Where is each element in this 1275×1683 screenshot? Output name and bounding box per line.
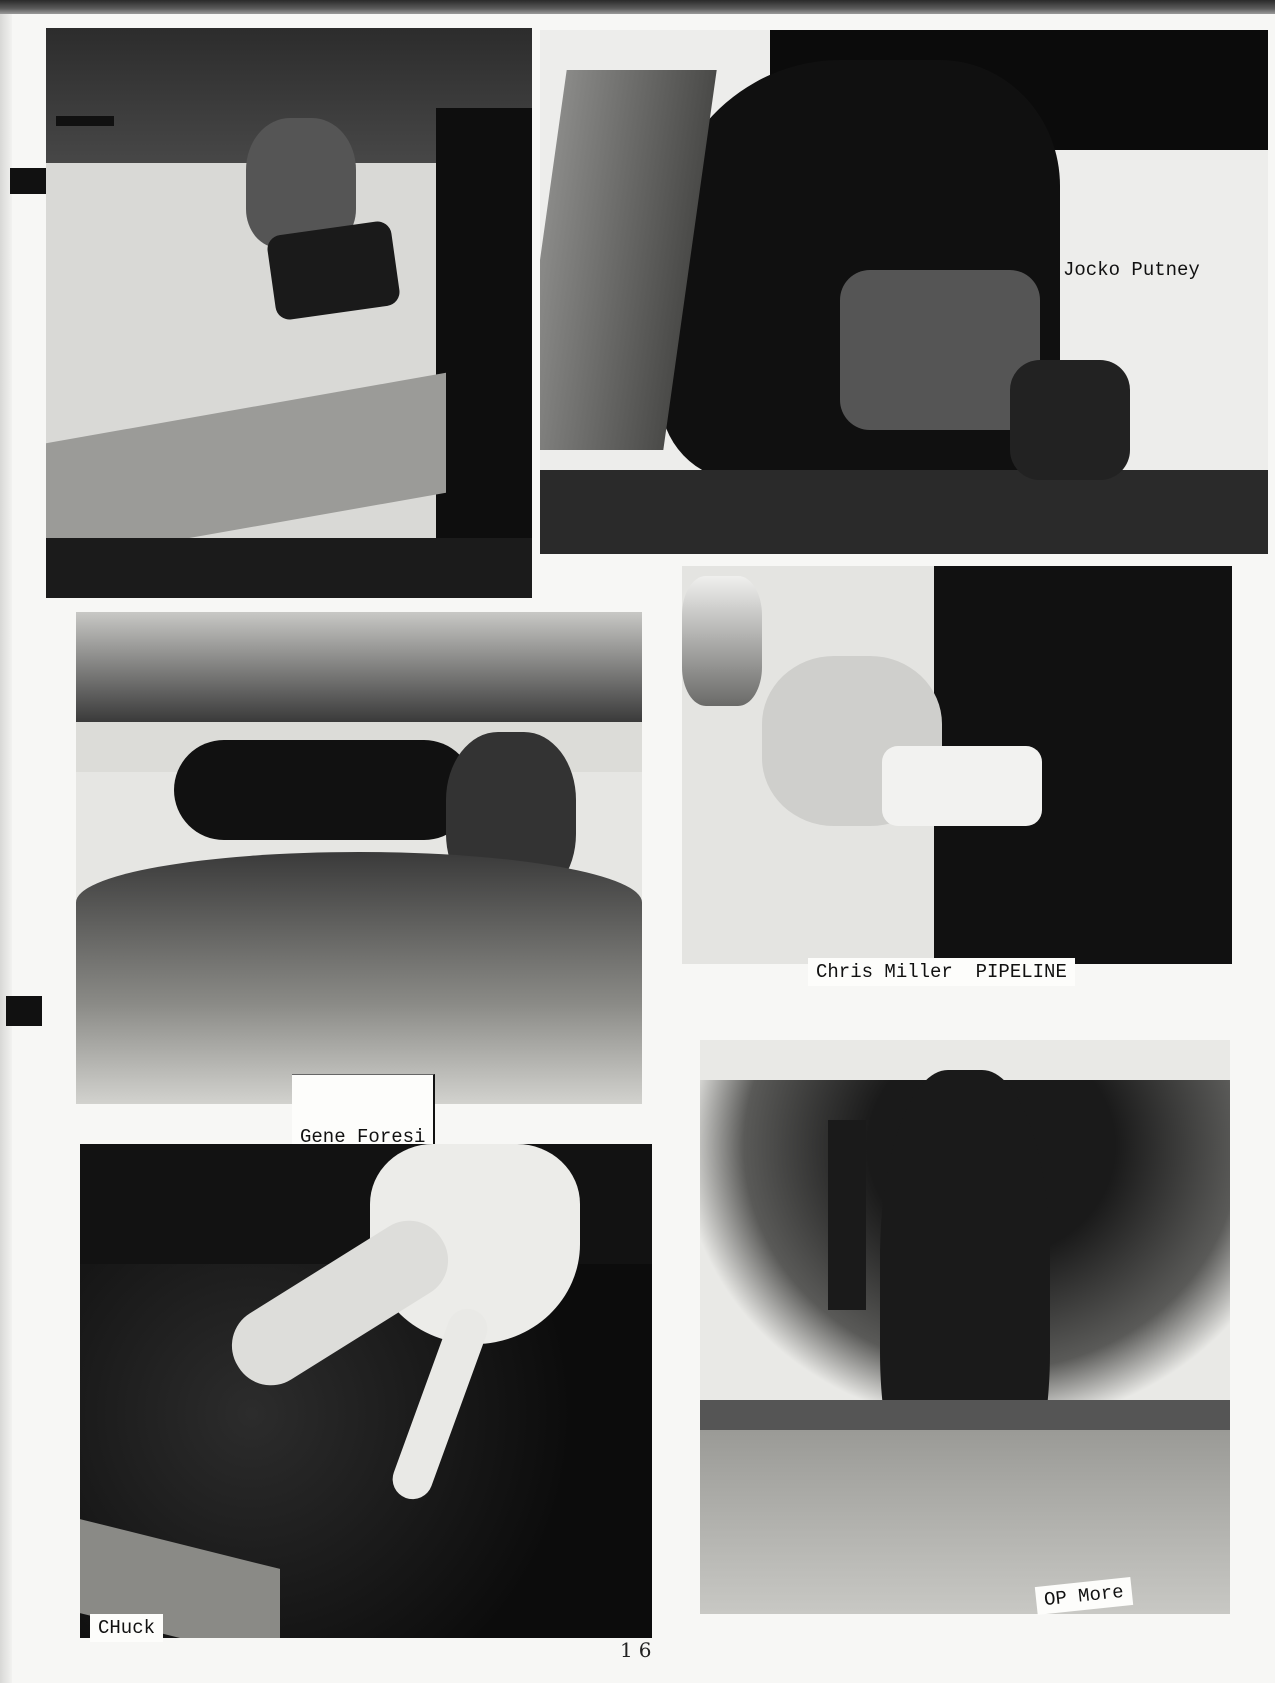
- caption-chris-miller: Chris Miller PIPELINE: [808, 958, 1075, 986]
- pool-wall: [700, 1430, 1230, 1614]
- ramp-base: [46, 538, 532, 598]
- spectators: [682, 576, 762, 706]
- sky-treeline: [76, 612, 642, 722]
- skateboard: [266, 220, 402, 322]
- page-number: 16: [620, 1638, 657, 1662]
- binding-edge: [0, 0, 1275, 14]
- ramp-deck: [46, 373, 446, 564]
- photo-mid-left: [76, 612, 642, 1104]
- photo-bottom-left: [80, 1144, 652, 1638]
- shoe: [1010, 360, 1130, 480]
- photo-top-right: [540, 30, 1268, 554]
- page-spine: [0, 14, 12, 1683]
- caption-jocko-putney: Jocko Putney: [1055, 256, 1208, 284]
- caption-chuck: CHuck: [90, 1614, 163, 1642]
- photo-bottom-right: [700, 1040, 1230, 1614]
- skateboard-underside: [174, 740, 474, 840]
- ground: [540, 470, 1268, 554]
- bowl-wall: [76, 852, 642, 1104]
- photo-mid-right: [682, 566, 1232, 964]
- photo-top-left: [46, 28, 532, 598]
- ramp-dark-side: [436, 108, 532, 598]
- pool-coping: [700, 1400, 1230, 1430]
- margin-tab-middle: [6, 996, 42, 1026]
- skateboard: [882, 746, 1042, 826]
- sign-post: [828, 1120, 866, 1310]
- window-strip: [56, 116, 114, 126]
